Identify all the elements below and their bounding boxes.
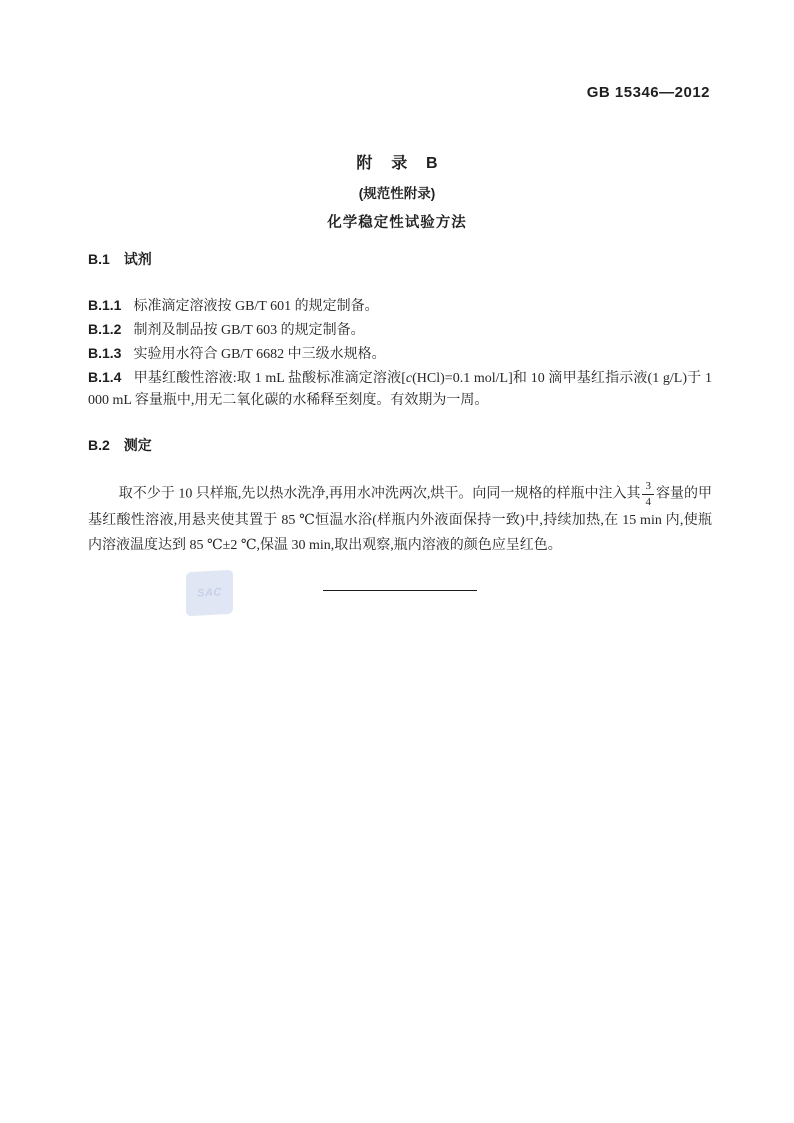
clause-b12: B.1.2制剂及制品按 GB/T 603 的规定制备。: [88, 318, 712, 342]
clause-b14: B.1.4甲基红酸性溶液:取 1 mL 盐酸标准滴定溶液[c(HCl)=0.1 …: [88, 366, 712, 412]
sac-watermark-logo: SAC: [186, 570, 233, 616]
appendix-title-block: 附 录 B (规范性附录) 化学稳定性试验方法: [0, 150, 794, 232]
section-b1-label: B.1: [88, 251, 110, 267]
appendix-subtitle: (规范性附录): [0, 182, 794, 202]
fraction-numerator: 3: [642, 480, 654, 495]
standard-number-header: GB 15346—2012: [587, 84, 710, 101]
appendix-name: 化学稳定性试验方法: [0, 211, 794, 232]
measurement-paragraph: 取不少于 10 只样瓶,先以热水洗净,再用水冲洗两次,烘干。向同一规格的样瓶中注…: [88, 480, 712, 558]
clause-b14-label: B.1.4: [88, 369, 121, 385]
paragraph-text-before-fraction: 取不少于 10 只样瓶,先以热水洗净,再用水冲洗两次,烘干。向同一规格的样瓶中注…: [119, 486, 641, 501]
clause-b13-label: B.1.3: [88, 345, 121, 361]
section-b1-heading: B.1试剂: [88, 248, 712, 270]
document-page: GB 15346—2012 附 录 B (规范性附录) 化学稳定性试验方法 B.…: [0, 0, 794, 1123]
clause-b14-text-before: 甲基红酸性溶液:取 1 mL 盐酸标准滴定溶液[: [133, 371, 405, 386]
document-body: B.1试剂 B.1.1标准滴定溶液按 GB/T 601 的规定制备。 B.1.2…: [88, 248, 712, 591]
appendix-title: 附 录 B: [7, 150, 794, 173]
section-b2-heading: B.2测定: [88, 434, 712, 456]
clause-b11-label: B.1.1: [88, 297, 121, 313]
three-quarters-fraction: 34: [642, 480, 654, 508]
clause-b12-text: 制剂及制品按 GB/T 603 的规定制备。: [133, 323, 364, 338]
clause-b11: B.1.1标准滴定溶液按 GB/T 601 的规定制备。: [88, 294, 712, 318]
clause-b13-text: 实验用水符合 GB/T 6682 中三级水规格。: [133, 347, 385, 362]
sac-watermark-text: SAC: [197, 586, 222, 599]
section-b1-title: 试剂: [124, 251, 152, 267]
clause-b12-label: B.1.2: [88, 321, 121, 337]
section-b2-title: 测定: [124, 437, 152, 453]
clause-b13: B.1.3实验用水符合 GB/T 6682 中三级水规格。: [88, 342, 712, 366]
fraction-denominator: 4: [642, 495, 654, 509]
section-b2-label: B.2: [88, 437, 110, 453]
clause-b11-text: 标准滴定溶液按 GB/T 601 的规定制备。: [133, 299, 378, 314]
section-b1-clauses: B.1.1标准滴定溶液按 GB/T 601 的规定制备。 B.1.2制剂及制品按…: [88, 294, 712, 412]
end-of-document-rule: [323, 590, 477, 591]
